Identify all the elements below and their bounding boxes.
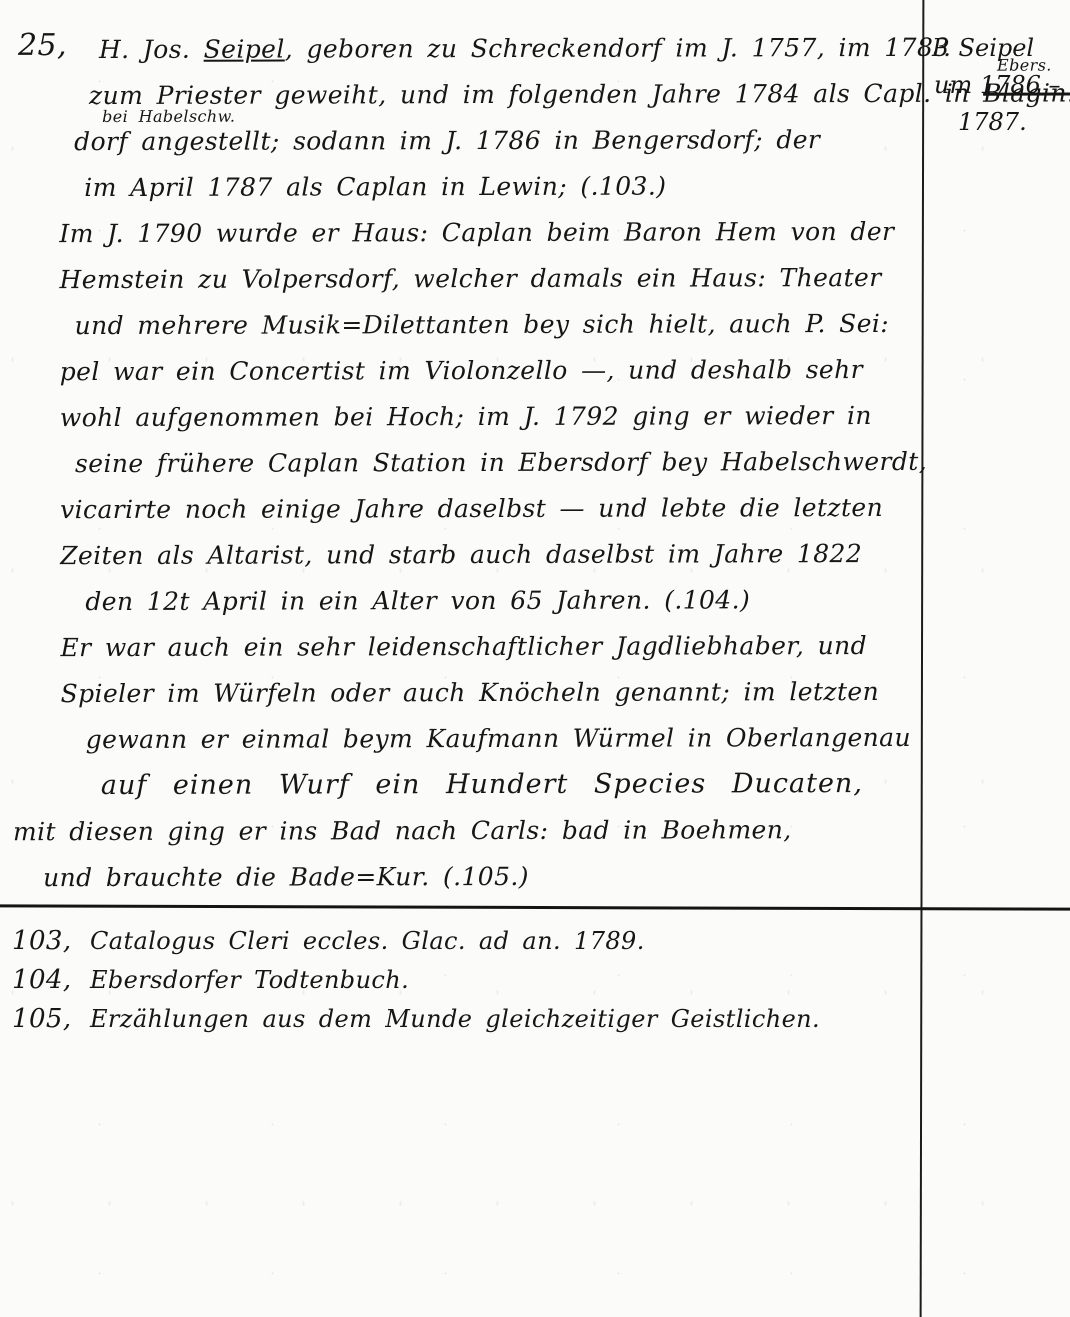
line3-text: dorf angestellt; sodann im J. 1786 in Be… [74,125,820,156]
footnote-row: 104,Ebersdorfer Todtenbuch. [12,961,912,1000]
body-line: Er war auch ein sehr leidenschaftlicher … [60,623,920,671]
body-line: vicarirte noch einige Jahre daselbst — u… [60,485,920,533]
footnote-row: 105,Erzählungen aus dem Munde gleichzeit… [12,1000,912,1039]
body-text-block: H. Jos. Seipel, geboren zu Schreckendorf… [59,25,921,901]
interlinear-host: bei Habelschw.dorf angestellt; sodann im… [74,117,820,165]
body-line: im April 1787 als Caplan in Lewin; (.103… [84,163,919,211]
struck-word: Blagin. [983,78,1070,107]
body-line: bei Habelschw.dorf angestellt; sodann im… [74,117,919,165]
scanned-manuscript-page: 25, P. Seipel um 1786 – 1787. H. Jos. Se… [0,0,1070,1317]
body-line: gewann er einmal beym Kaufmann Würmel in… [86,715,921,763]
body-line: H. Jos. Seipel, geboren zu Schreckendorf… [99,25,919,73]
footnote-number: 104, [12,961,90,1000]
body-line: und mehrere Musik=Dilettanten bey sich h… [75,301,920,349]
line1-post: , geboren zu Schreckendorf im J. 1757, i… [285,33,950,64]
body-line: wohl aufgenommen bei Hoch; im J. 1792 gi… [60,393,920,441]
body-line: den 12t April in ein Alter von 65 Jahren… [85,577,920,625]
footnote-text: Catalogus Cleri eccles. Glac. ad an. 178… [90,927,645,955]
footnote-number: 103, [12,922,90,961]
interlinear-insertion: Ebers. [997,58,1052,74]
footnote-row: 103,Catalogus Cleri eccles. Glac. ad an.… [12,922,912,961]
body-line: seine frühere Caplan Station in Ebersdor… [75,439,920,487]
interlinear-insertion: bei Habelschw. [102,109,235,125]
footnote-separator-line [0,904,1070,910]
underlined-surname: Seipel [204,35,285,64]
footnote-text: Erzählungen aus dem Munde gleichzeitiger… [90,1005,820,1033]
body-line: mit diesen ging er ins Bad nach Carls: b… [13,807,921,855]
body-line: Im J. 1790 wurde er Haus: Caplan beim Ba… [59,209,919,257]
footnote-text: Ebersdorfer Todtenbuch. [90,966,409,994]
corrected-word: Blagin.Ebers. [983,70,1070,116]
line2-pre: zum Priester geweiht, und im folgenden J… [89,79,983,110]
body-line: Zeiten als Altarist, und starb auch dase… [60,531,920,579]
footnote-number: 105, [12,1000,90,1039]
body-line: auf einen Wurf ein Hundert Species Ducat… [101,761,921,809]
line1-pre: H. Jos. [99,35,204,64]
footnotes-block: 103,Catalogus Cleri eccles. Glac. ad an.… [12,922,912,1039]
body-line: Hemstein zu Volpersdorf, welcher damals … [59,255,919,303]
body-line: und brauchte die Bade=Kur. (.105.) [43,853,921,901]
body-line: Spieler im Würfeln oder auch Knöcheln ge… [61,669,921,717]
body-line: pel war ein Concertist im Violonzello —,… [60,347,920,395]
